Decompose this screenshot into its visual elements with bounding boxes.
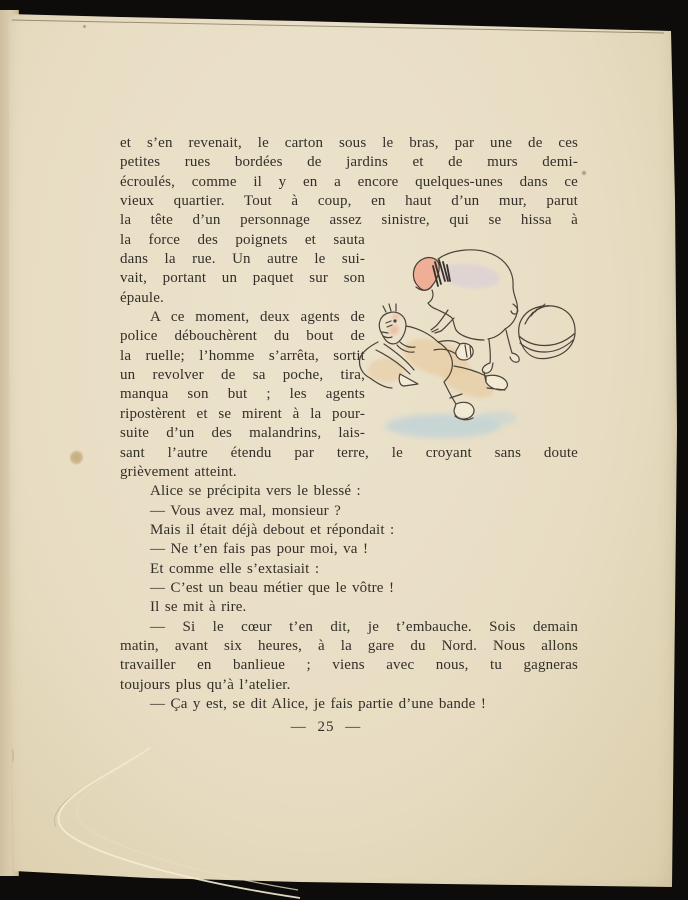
text-line: la tête d’un personnage assez sinistre, … [120,211,578,230]
white-hand-sliver [399,374,418,386]
man-mitt-hand [456,343,473,360]
woman-back-outline [438,250,517,329]
man-hair-strokes [383,304,396,312]
text-line: la force des poignets et sauta [120,231,365,250]
text-line: — C’est un beau métier que le vôtre ! [120,579,578,598]
text-line: toujours plus qu’à l’atelier. [120,676,578,695]
text-line: — Si le cœur t’en dit, je t’embauche. So… [120,618,578,637]
text-line: dans la rue. Un autre le sui- [120,250,365,269]
cheek-pink-wash [389,325,399,335]
text-line: grièvement atteint. [120,463,578,482]
basket-handle-hatch [527,304,545,320]
page-fold-edge-line [12,18,664,36]
foxing-stain [67,448,85,467]
illustration-drawing [348,246,604,452]
text-line: écroulés, comme il y en a encore quelque… [120,173,578,192]
page-number: — 25 — [120,719,578,736]
text-line: et s’en revenait, le carton sous le bras… [120,134,578,153]
text-line: — Ça y est, se dit Alice, je fais partie… [120,695,578,714]
text-line: la ruelle; l’homme s’arrêta, sortit [120,347,365,366]
text-line: Alice se précipita vers le blessé : [120,482,578,501]
skirt-hem [456,329,505,340]
text-line: — Ne t’en fais pas pour moi, va ! [120,540,578,559]
woman-legs [489,330,512,363]
text-line: — Vous avez mal, monsieur ? [120,502,578,521]
text-line: vieux quartier. Tout à coup, en haut d’u… [120,192,578,211]
text-line: épaule. [120,289,365,308]
text-line: vait, portant un paquet sur son [120,269,365,288]
woman-hand-fingers [431,326,441,333]
text-line: ripostèrent et se mirent à la pour- [120,405,365,424]
man-eye-dot [394,320,396,322]
text-line: petites rues bordées de jardins et de mu… [120,153,578,172]
text-line: Mais il était déjà debout et répondait : [120,521,578,540]
book-page: et s’en revenait, le carton sous le bras… [0,0,688,900]
text-line: suite d’un des malandrins, lais- [120,424,365,443]
text-line: travailler en banlieue ; viens avec nous… [120,656,578,675]
paper-speck [582,171,586,175]
man-right-boot [486,375,507,390]
woman-face-profile [428,290,436,309]
text-line: Et comme elle s’extasiait : [120,560,578,579]
text-line: manqua son but ; les agents [120,385,365,404]
text-line: police débouchèrent du bout de [120,327,365,346]
woman-back-foot [510,353,519,362]
basket-rim-bands [519,334,574,352]
text-line: un revolver de sa poche, tira, [120,366,365,385]
text-line: matin, avant six heures, à la gare du No… [120,637,578,656]
tan-sleeve-wash [368,358,404,382]
basket [519,304,575,359]
blue-shadow-wash-small [478,411,518,425]
paper-speck [83,25,86,28]
basket-body [519,306,575,359]
text-line: Il se mit à rire. [120,598,578,617]
text-line: A ce moment, deux agents de [120,308,365,327]
